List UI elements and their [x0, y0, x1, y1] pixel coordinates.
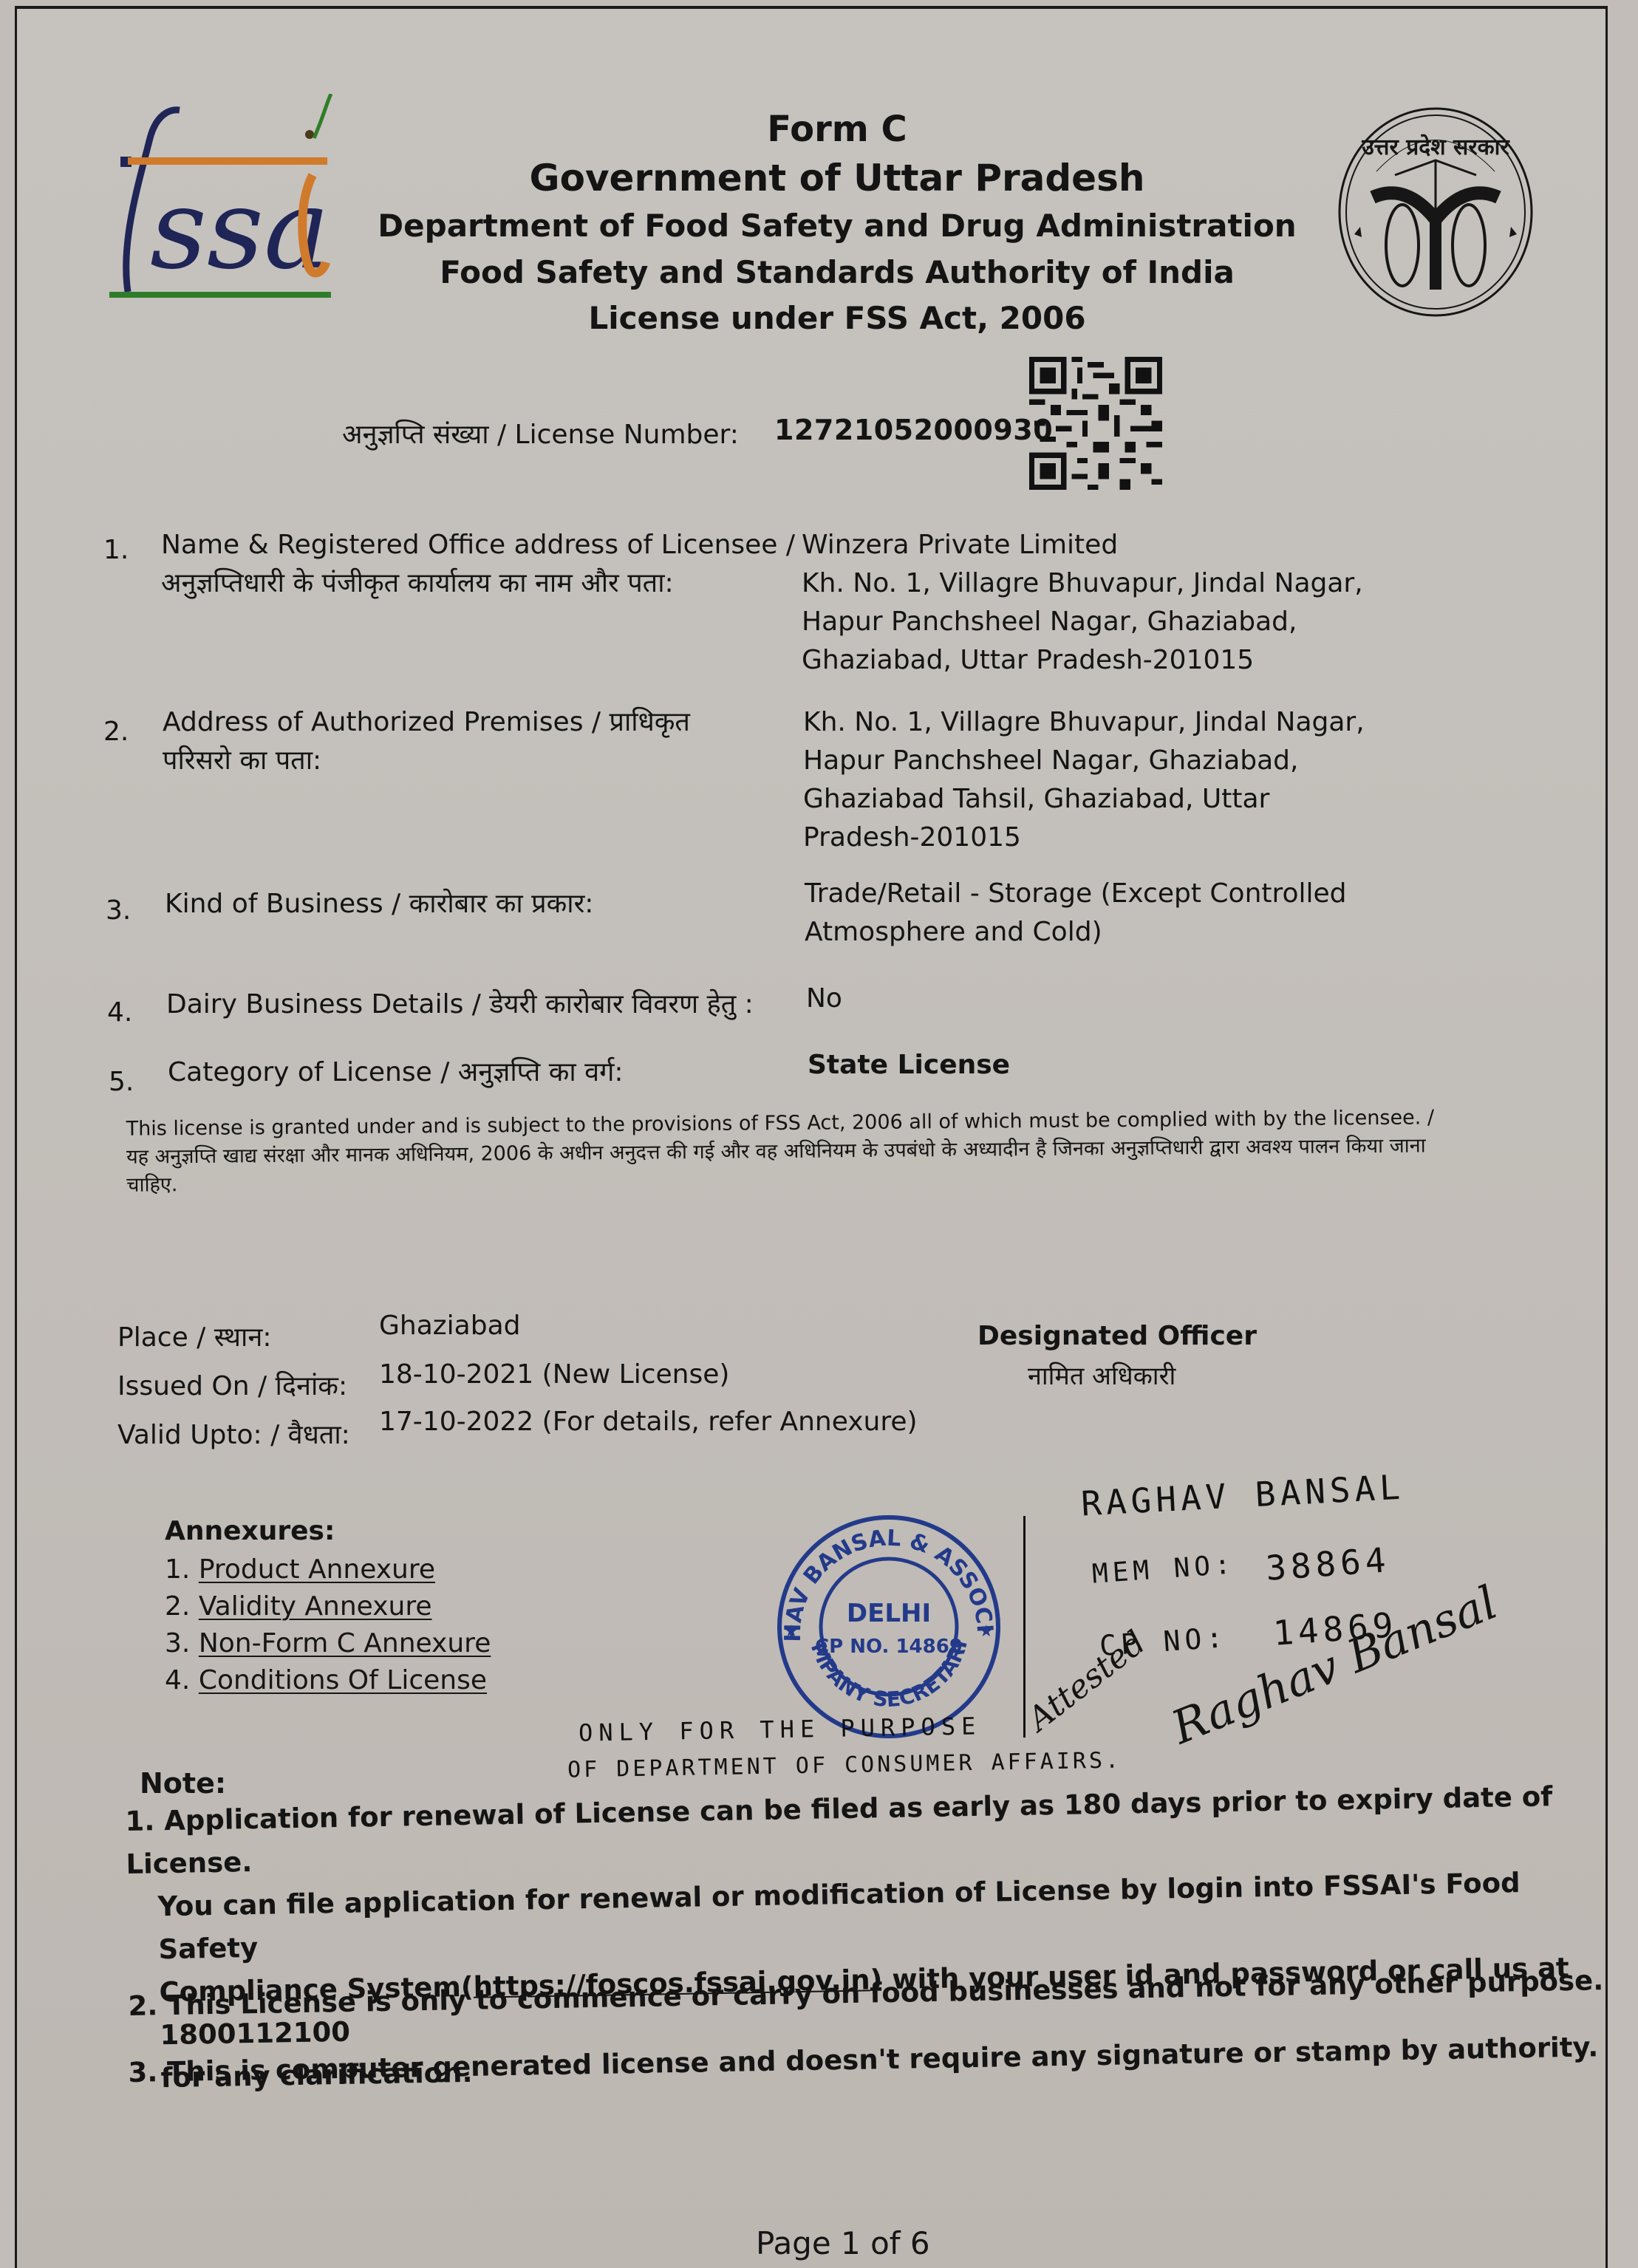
annexure-number: 2. [165, 1591, 190, 1622]
handwritten-mem-number: 38864 [1264, 1540, 1391, 1588]
registered-address-line: Ghaziabad, Uttar Pradesh-201015 [802, 641, 1407, 680]
designated-officer-title-hindi: नामित अधिकारी [1028, 1358, 1175, 1392]
field-4-number: 4. [107, 997, 132, 1028]
fssai-logo-icon: ssa [98, 94, 349, 330]
handwritten-name: RAGHAV BANSAL [1080, 1467, 1405, 1524]
designated-officer-title: Designated Officer [977, 1321, 1257, 1351]
field-1-value: Winzera Private Limited Kh. No. 1, Villa… [802, 526, 1407, 680]
handwritten-purpose-line-1: ONLY FOR THE PURPOSE [579, 1712, 982, 1747]
license-number-label: अनुज्ञप्ति संख्या / License Number: [342, 415, 739, 451]
handwritten-purpose-line-2: OF DEPARTMENT OF CONSUMER AFFAIRS. [567, 1747, 1122, 1783]
annexure-number: 4. [165, 1665, 190, 1695]
page-number: Page 1 of 6 [756, 2225, 930, 2261]
form-title: Form C [372, 105, 1303, 154]
document-header: Form C Government of Uttar Pradesh Depar… [372, 105, 1303, 341]
registered-address-line: Hapur Panchsheel Nagar, Ghaziabad, [802, 603, 1407, 641]
handwritten-mem-label: MEM NO: [1091, 1549, 1236, 1589]
premises-address-line: Pradesh-201015 [803, 819, 1409, 857]
field-3-number: 3. [106, 895, 131, 926]
note-1-number: 1. [125, 1805, 155, 1837]
validity-annexure-link[interactable]: Validity Annexure [199, 1591, 432, 1622]
license-category-value: State License [808, 1046, 1413, 1085]
field-4-value: No [806, 980, 1412, 1018]
valid-upto-value: 17-10-2022 (For details, refer Annexure) [379, 1407, 918, 1437]
annexure-item: 1. Product Annexure [165, 1551, 491, 1588]
handwritten-attested: Attested [1021, 1624, 1153, 1738]
annexure-number: 1. [165, 1554, 190, 1585]
annexure-number: 3. [165, 1628, 190, 1659]
issued-on-value: 18-10-2021 (New License) [379, 1359, 729, 1390]
product-annexure-link[interactable]: Product Annexure [199, 1554, 435, 1585]
registered-address-line: Kh. No. 1, Villagre Bhuvapur, Jindal Nag… [802, 564, 1407, 603]
premises-address-line: Hapur Panchsheel Nagar, Ghaziabad, [803, 742, 1409, 780]
qr-code-icon [1029, 356, 1162, 491]
svg-text:★: ★ [784, 1622, 799, 1641]
field-2-number: 2. [103, 717, 129, 747]
valid-upto-label: Valid Upto: / वैधता: [117, 1415, 350, 1452]
field-5-label: Category of License / अनुज्ञप्ति का वर्ग… [168, 1053, 803, 1092]
field-3-value: Trade/Retail - Storage (Except Controlle… [805, 875, 1410, 952]
business-kind-line: Trade/Retail - Storage (Except Controlle… [805, 875, 1410, 913]
field-4-label: Dairy Business Details / डेयरी कारोबार व… [166, 986, 802, 1024]
field-2-value: Kh. No. 1, Villagre Bhuvapur, Jindal Nag… [803, 703, 1409, 857]
field-5-number: 5. [109, 1067, 134, 1097]
svg-text:उत्तर प्रदेश सरकार: उत्तर प्रदेश सरकार [1361, 134, 1510, 160]
department-title: Department of Food Safety and Drug Admin… [372, 202, 1303, 250]
place-value: Ghaziabad [379, 1311, 521, 1341]
non-form-c-annexure-link[interactable]: Non-Form C Annexure [199, 1628, 491, 1659]
svg-text:DELHI: DELHI [847, 1599, 931, 1628]
premises-address-line: Kh. No. 1, Villagre Bhuvapur, Jindal Nag… [803, 703, 1409, 742]
note-title: Note: [140, 1767, 226, 1800]
act-title: License under FSS Act, 2006 [372, 296, 1303, 341]
issued-on-label: Issued On / दिनांक: [117, 1367, 347, 1403]
svg-text:★: ★ [979, 1622, 994, 1641]
licensee-name: Winzera Private Limited [802, 526, 1407, 564]
handwritten-signature: Raghav Bansal [1164, 1575, 1505, 1755]
up-state-emblem-icon: उत्तर प्रदेश सरकार [1332, 101, 1539, 323]
annexure-list: 1. Product Annexure 2. Validity Annexure… [165, 1551, 491, 1699]
business-kind-line: Atmosphere and Cold) [805, 913, 1410, 952]
annexures-title: Annexures: [165, 1516, 335, 1546]
annexure-item: 4. Conditions Of License [165, 1662, 491, 1699]
annexure-item: 2. Validity Annexure [165, 1588, 491, 1625]
place-label: Place / स्थान: [117, 1318, 271, 1354]
field-3-label: Kind of Business / कारोबार का प्रकार: [165, 885, 800, 923]
grant-statement: This license is granted under and is sub… [126, 1104, 1442, 1200]
license-page: ssa Form C Government of Uttar Pradesh D… [15, 6, 1608, 2268]
annexure-item: 3. Non-Form C Annexure [165, 1625, 491, 1662]
government-title: Government of Uttar Pradesh [372, 154, 1303, 202]
conditions-of-license-link[interactable]: Conditions Of License [199, 1665, 487, 1695]
premises-address-line: Ghaziabad Tahsil, Ghaziabad, Uttar [803, 780, 1409, 819]
license-number: 12721052000930 [774, 414, 1053, 446]
field-1-number: 1. [103, 535, 129, 565]
field-1-label: Name & Registered Office address of Lice… [161, 526, 796, 603]
svg-text:CP NO. 14869: CP NO. 14869 [815, 1636, 963, 1658]
field-2-label: Address of Authorized Premises / प्राधिक… [163, 703, 739, 780]
authority-title: Food Safety and Standards Authority of I… [372, 250, 1303, 296]
company-secretary-stamp-icon: RAGHAV BANSAL & ASSOCIATES COMPANY SECRE… [771, 1505, 1007, 1741]
